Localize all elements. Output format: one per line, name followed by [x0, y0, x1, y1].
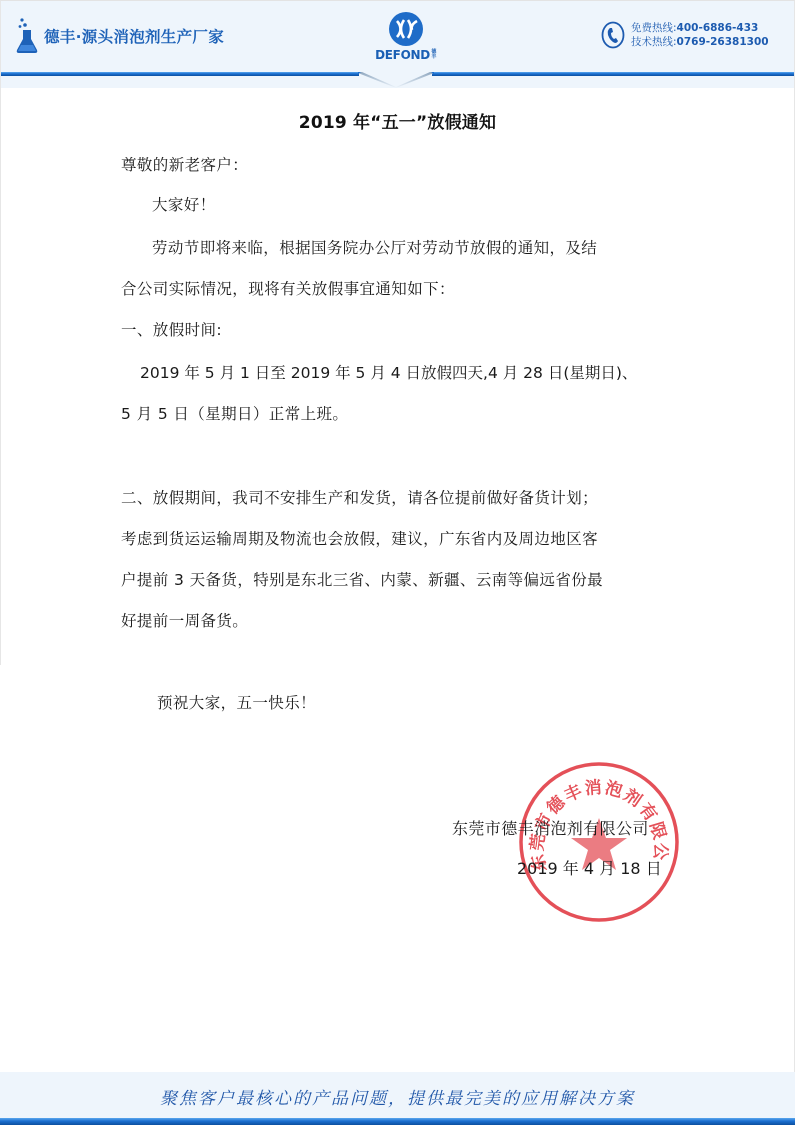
hotline-label: 免费热线: — [631, 21, 677, 35]
signature-company: 东莞市德丰消泡剂有限公司 — [452, 816, 649, 839]
defond-logo-mark-icon — [388, 11, 424, 47]
section2-line: 二、放假期间，我司不安排生产和发货，请各位提前做好备货计划； — [121, 486, 598, 508]
hotline-block: 免费热线: 400-6886-433 技术热线: 0769-26381300 — [601, 21, 769, 49]
header-notch — [358, 72, 434, 88]
salutation: 尊敬的新老客户： — [121, 153, 248, 175]
footer-divider — [0, 1118, 795, 1125]
section1-line: 2019 年 5 月 1 日至 2019 年 5 月 4 日放假四天,4 月 2… — [140, 361, 637, 383]
logo-wordmark-cn: 德丰 — [431, 50, 437, 60]
letterhead-footer: 聚焦客户最核心的产品问题，提供最完美的应用解决方案 — [0, 1072, 795, 1125]
signature-date: 2019 年 4 月 18 日 — [517, 856, 662, 879]
closing-wish: 预祝大家，五一快乐！ — [157, 691, 316, 713]
intro-line: 合公司实际情况，现将有关放假事宜通知如下： — [121, 277, 455, 299]
page-border — [0, 0, 795, 665]
letterhead-header: 德丰·源头消泡剂生产厂家 DEFOND 德丰 免费热线: 400-6886-43… — [1, 1, 794, 88]
intro-line: 劳动节即将来临，根据国务院办公厅对劳动节放假的通知，及结 — [152, 236, 597, 258]
section1-heading: 一、放假时间: — [121, 318, 222, 340]
hotline-number[interactable]: 400-6886-433 — [677, 21, 759, 35]
flask-icon — [15, 17, 39, 55]
greeting: 大家好！ — [152, 193, 216, 215]
hotline-free: 免费热线: 400-6886-433 — [631, 21, 769, 35]
section2-line: 户提前 3 天备货，特别是东北三省、内蒙、新疆、云南等偏远省份最 — [121, 568, 603, 590]
logo-wordmark: DEFOND — [375, 48, 430, 62]
defond-logo: DEFOND 德丰 — [373, 11, 439, 67]
company-seal-stamp: 东莞市德丰消泡剂有限公司 — [517, 760, 681, 924]
document-title: 2019 年“五一”放假通知 — [0, 108, 795, 133]
hotline-label: 技术热线: — [631, 35, 677, 49]
hotline-tech: 技术热线: 0769-26381300 — [631, 35, 769, 49]
brand-tagline: 德丰·源头消泡剂生产厂家 — [44, 25, 224, 47]
section1-line: 5 月 5 日（星期日）正常上班。 — [121, 402, 348, 424]
section2-line: 好提前一周备货。 — [121, 609, 248, 631]
header-divider-right — [432, 72, 794, 76]
header-divider-left — [1, 72, 359, 76]
phone-icon — [601, 21, 625, 49]
brand-tagline-block: 德丰·源头消泡剂生产厂家 — [15, 16, 224, 56]
hotline-number[interactable]: 0769-26381300 — [677, 35, 769, 49]
footer-slogan: 聚焦客户最核心的产品问题，提供最完美的应用解决方案 — [0, 1084, 795, 1109]
section2-line: 考虑到货运运输周期及物流也会放假，建议，广东省内及周边地区客 — [121, 527, 598, 549]
